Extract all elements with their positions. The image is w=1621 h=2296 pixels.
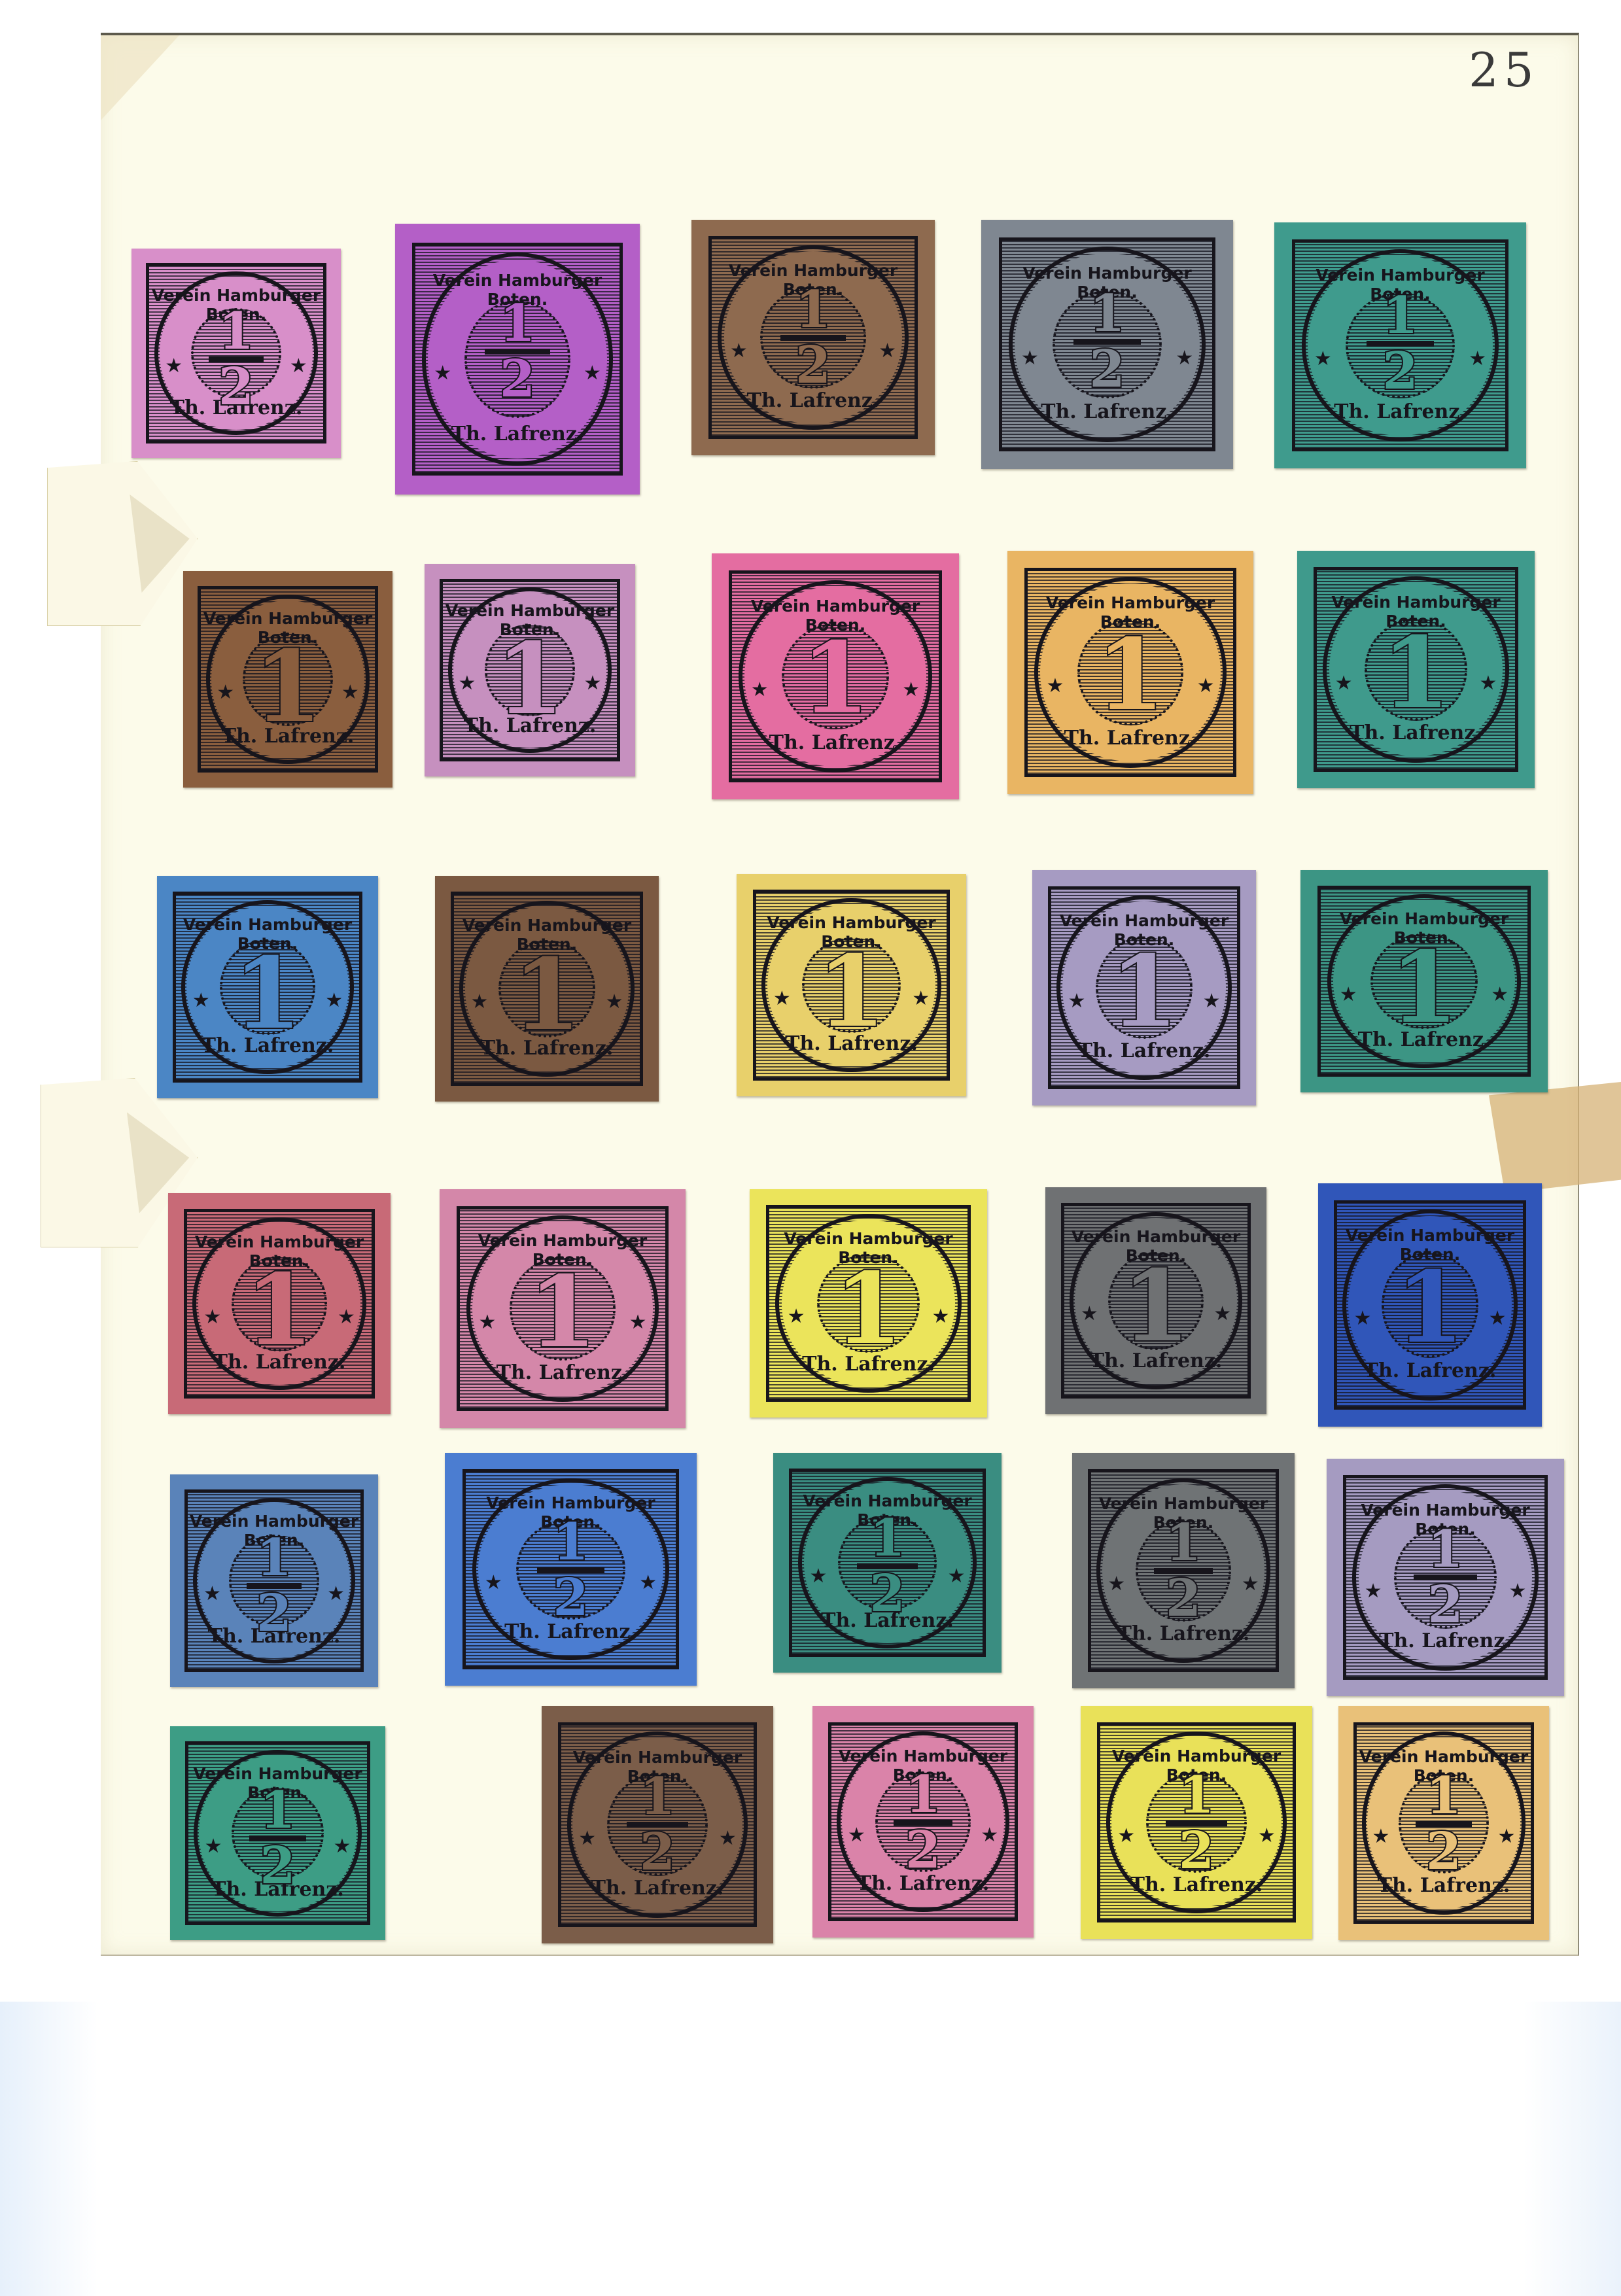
stamp-frame: Verein Hamburger Boten.Th. Lafrenz.★★1	[440, 579, 621, 762]
stamp-denomination: 1	[1321, 939, 1527, 1037]
scan-background	[0, 2002, 1621, 2296]
stamp-denomination: 1	[201, 638, 374, 736]
stamp-denomination: 12	[1100, 1772, 1293, 1875]
stamp: Verein Hamburger Boten.Th. Lafrenz.★★12	[812, 1706, 1034, 1938]
stamp-frame: Verein Hamburger Boten.Th. Lafrenz.★★12	[146, 263, 326, 443]
stamp-denomination: 1	[732, 629, 938, 727]
stamp: Verein Hamburger Boten.Th. Lafrenz.★★1	[425, 564, 635, 776]
stamp-denomination: 12	[188, 1787, 367, 1890]
stamp-denomination: 1	[756, 943, 947, 1041]
stamp-frame: Verein Hamburger Boten.Th. Lafrenz.★★1	[1061, 1203, 1251, 1398]
stamp-denomination: 12	[466, 1519, 676, 1622]
stamp: Verein Hamburger Boten.Th. Lafrenz.★★12	[395, 224, 640, 495]
stamp-denomination: 1	[1317, 624, 1514, 722]
stamp-frame: Verein Hamburger Boten.Th. Lafrenz.★★12	[789, 1469, 985, 1658]
stamp: Verein Hamburger Boten.Th. Lafrenz.★★1	[435, 876, 659, 1102]
stamp-denomination: 12	[561, 1773, 754, 1876]
stamp-frame: Verein Hamburger Boten.Th. Lafrenz.★★12	[462, 1469, 679, 1669]
stamp: Verein Hamburger Boten.Th. Lafrenz.★★1	[440, 1189, 686, 1428]
stamp-frame: Verein Hamburger Boten.Th. Lafrenz.★★1	[1048, 886, 1240, 1089]
stamp: Verein Hamburger Boten.Th. Lafrenz.★★12	[1274, 222, 1526, 468]
stamp-denomination: 1	[1064, 1257, 1248, 1355]
stamp-frame: Verein Hamburger Boten.Th. Lafrenz.★★12	[828, 1722, 1019, 1921]
stamp-frame: Verein Hamburger Boten.Th. Lafrenz.★★1	[766, 1205, 970, 1401]
stamp: Verein Hamburger Boten.Th. Lafrenz.★★12	[981, 220, 1233, 469]
stamp: Verein Hamburger Boten.Th. Lafrenz.★★1	[1297, 551, 1535, 788]
stamp-denomination: 1	[769, 1260, 967, 1358]
page-number: 25	[1469, 41, 1554, 99]
stamp-inscription-bottom: Th. Lafrenz.	[415, 423, 619, 445]
stamp-denomination: 1	[187, 1261, 372, 1359]
stamp-frame: Verein Hamburger Boten.Th. Lafrenz.★★1	[1334, 1200, 1526, 1410]
stamp: Verein Hamburger Boten.Th. Lafrenz.★★1	[1032, 870, 1256, 1105]
stamp-denomination: 1	[454, 946, 640, 1044]
stamp-denomination: 1	[460, 1263, 665, 1361]
stamp: Verein Hamburger Boten.Th. Lafrenz.★★12	[773, 1453, 1002, 1673]
stamp-inscription-bottom: Th. Lafrenz.	[1002, 400, 1212, 423]
stamp-denomination: 1	[1051, 943, 1237, 1041]
stamp: Verein Hamburger Boten.Th. Lafrenz.★★1	[183, 571, 392, 788]
stamp-frame: Verein Hamburger Boten.Th. Lafrenz.★★12	[412, 243, 623, 476]
stamp: Verein Hamburger Boten.Th. Lafrenz.★★12	[170, 1726, 385, 1940]
stamp-frame: Verein Hamburger Boten.Th. Lafrenz.★★1	[1317, 886, 1530, 1077]
stamp-denomination: 12	[415, 300, 619, 403]
stamp: Verein Hamburger Boten.Th. Lafrenz.★★1	[750, 1189, 987, 1418]
stamp: Verein Hamburger Boten.Th. Lafrenz.★★12	[1081, 1706, 1312, 1939]
stamp-frame: Verein Hamburger Boten.Th. Lafrenz.★★12	[999, 237, 1215, 452]
stamp-frame: Verein Hamburger Boten.Th. Lafrenz.★★12	[1343, 1475, 1547, 1679]
stamp-frame: Verein Hamburger Boten.Th. Lafrenz.★★1	[1024, 568, 1236, 777]
stamp: Verein Hamburger Boten.Th. Lafrenz.★★12	[131, 249, 341, 458]
stamp-denomination: 1	[1337, 1259, 1523, 1357]
stamp-denomination: 12	[149, 308, 322, 411]
stamp-frame: Verein Hamburger Boten.Th. Lafrenz.★★12	[1097, 1722, 1296, 1922]
stamp-frame: Verein Hamburger Boten.Th. Lafrenz.★★12	[185, 1741, 370, 1925]
stamp-denomination: 12	[1346, 1526, 1544, 1629]
stamp: Verein Hamburger Boten.Th. Lafrenz.★★1	[737, 874, 966, 1096]
stamp-denomination: 12	[188, 1535, 360, 1637]
stamp: Verein Hamburger Boten.Th. Lafrenz.★★1	[157, 876, 378, 1098]
stamp-frame: Verein Hamburger Boten.Th. Lafrenz.★★1	[1314, 567, 1518, 771]
stamp-inscription-bottom: Th. Lafrenz.	[1295, 400, 1505, 423]
stamp-frame: Verein Hamburger Boten.Th. Lafrenz.★★12	[558, 1722, 757, 1926]
tape-strip	[1489, 1082, 1621, 1193]
stamp: Verein Hamburger Boten.Th. Lafrenz.★★1	[1300, 870, 1548, 1092]
stamp: Verein Hamburger Boten.Th. Lafrenz.★★1	[712, 553, 959, 799]
stamp-frame: Verein Hamburger Boten.Th. Lafrenz.★★1	[753, 890, 950, 1081]
stamp-frame: Verein Hamburger Boten.Th. Lafrenz.★★12	[1353, 1722, 1535, 1924]
stamp: Verein Hamburger Boten.Th. Lafrenz.★★12	[170, 1474, 378, 1687]
stamp-frame: Verein Hamburger Boten.Th. Lafrenz.★★12	[708, 236, 918, 439]
stamp-frame: Verein Hamburger Boten.Th. Lafrenz.★★1	[457, 1206, 668, 1412]
stamp-frame: Verein Hamburger Boten.Th. Lafrenz.★★1	[184, 1209, 375, 1399]
stamp: Verein Hamburger Boten.Th. Lafrenz.★★12	[445, 1453, 697, 1686]
stamp-denomination: 1	[443, 630, 618, 728]
stamp-frame: Verein Hamburger Boten.Th. Lafrenz.★★12	[1292, 239, 1508, 451]
stamp: Verein Hamburger Boten.Th. Lafrenz.★★1	[1007, 551, 1253, 794]
stamp: Verein Hamburger Boten.Th. Lafrenz.★★1	[1318, 1183, 1542, 1427]
stamp-denomination: 12	[792, 1515, 982, 1618]
stamp: Verein Hamburger Boten.Th. Lafrenz.★★12	[1327, 1459, 1564, 1696]
stamp: Verein Hamburger Boten.Th. Lafrenz.★★12	[691, 220, 935, 455]
stamp: Verein Hamburger Boten.Th. Lafrenz.★★12	[1338, 1706, 1549, 1940]
stamp-denomination: 1	[1028, 626, 1232, 724]
stamp-denomination: 12	[1002, 290, 1212, 393]
stamp-denomination: 12	[1091, 1520, 1276, 1622]
stamp-frame: Verein Hamburger Boten.Th. Lafrenz.★★1	[729, 570, 941, 782]
stamp-denomination: 1	[176, 945, 360, 1043]
stamp: Verein Hamburger Boten.Th. Lafrenz.★★12	[542, 1706, 773, 1943]
stamp-frame: Verein Hamburger Boten.Th. Lafrenz.★★1	[451, 892, 643, 1086]
stamp-denomination: 12	[1295, 292, 1505, 395]
stamp-frame: Verein Hamburger Boten.Th. Lafrenz.★★1	[198, 586, 377, 773]
stamp-denomination: 12	[831, 1771, 1015, 1874]
stamp-denomination: 12	[1357, 1773, 1531, 1875]
stamp-frame: Verein Hamburger Boten.Th. Lafrenz.★★1	[173, 892, 363, 1083]
stamp: Verein Hamburger Boten.Th. Lafrenz.★★12	[1072, 1453, 1295, 1688]
stamp: Verein Hamburger Boten.Th. Lafrenz.★★1	[168, 1193, 391, 1414]
stamp-denomination: 12	[712, 287, 915, 389]
page-corner-discoloration	[101, 35, 179, 120]
stamp: Verein Hamburger Boten.Th. Lafrenz.★★1	[1045, 1187, 1266, 1414]
stamp-frame: Verein Hamburger Boten.Th. Lafrenz.★★12	[184, 1489, 364, 1673]
stamp-frame: Verein Hamburger Boten.Th. Lafrenz.★★12	[1088, 1469, 1279, 1672]
